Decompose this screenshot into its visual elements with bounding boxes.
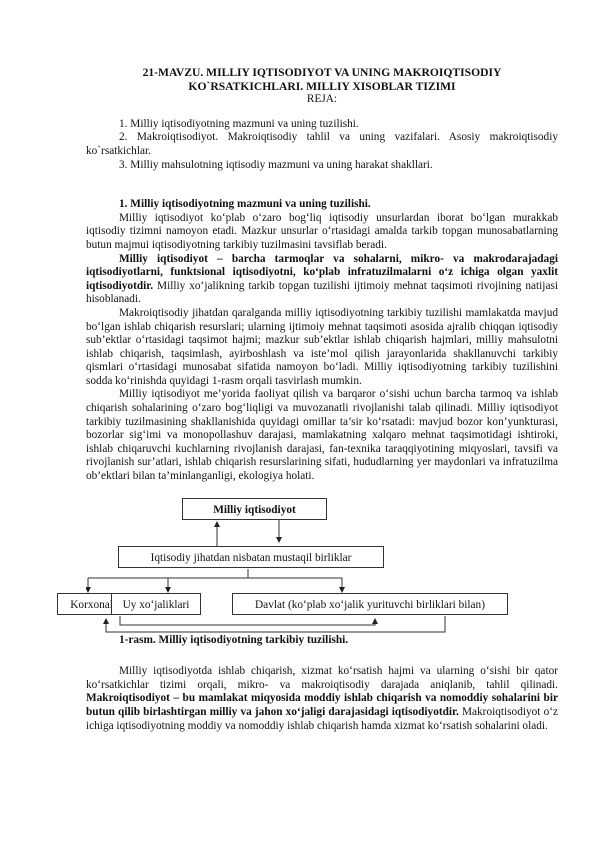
plan-list: 1. Milliy iqtisodiyotning mazmuni va uni… (86, 118, 558, 172)
plan-label: REJA: (86, 93, 558, 107)
paragraph: Makroiqtisodiy jihatdan qaralganda milli… (86, 307, 558, 389)
diagram-box-national-economy: Milliy iqtisodiyot (182, 498, 327, 520)
diagram-box-state: Davlat (ko‘plab xo‘jalik yurituvchi birl… (232, 593, 508, 615)
structure-diagram: Milliy iqtisodiyot Iqtisodiy jihatdan ni… (86, 494, 558, 634)
plan-item: 3. Milliy mahsulotning iqtisodiy mazmuni… (86, 159, 558, 173)
figure-caption: 1-rasm. Milliy iqtisodiyotning tarkibiy … (86, 634, 558, 648)
section-heading: 1. Milliy iqtisodiyotning mazmuni va uni… (86, 198, 558, 212)
paragraph-text: Milliy iqtisodiyotda ishlab chiqarish, x… (86, 665, 558, 691)
document-title-line2: KO`RSATKICHLARI. MILLIY XISOBLAR TIZIMI (86, 80, 558, 94)
paragraph-definition: Milliy iqtisodiyot – barcha tarmoqlar va… (86, 253, 558, 307)
document-page: 21-MAVZU. MILLIY IQTISODIYOT VA UNING MA… (86, 66, 558, 733)
paragraph: Milliy iqtisodiyot me’yorida faoliyat qi… (86, 388, 558, 483)
paragraph: Milliy iqtisodiyot ko‘plab o‘zaro bog‘li… (86, 212, 558, 253)
diagram-box-households: Uy xo‘jaliklari (111, 593, 201, 615)
plan-item: 2. Makroiqtisodiyot. Makroiqtisodiy tahl… (86, 131, 558, 158)
plan-item: 1. Milliy iqtisodiyotning mazmuni va uni… (86, 118, 558, 132)
paragraph-text: Milliy xo‘jalikning tarkib topgan tuzili… (86, 280, 558, 306)
paragraph-macro: Milliy iqtisodiyotda ishlab chiqarish, x… (86, 665, 558, 733)
diagram-box-independent-units: Iqtisodiy jihatdan nisbatan mustaqil bir… (118, 546, 384, 568)
document-title-line1: 21-MAVZU. MILLIY IQTISODIYOT VA UNING MA… (86, 66, 558, 80)
